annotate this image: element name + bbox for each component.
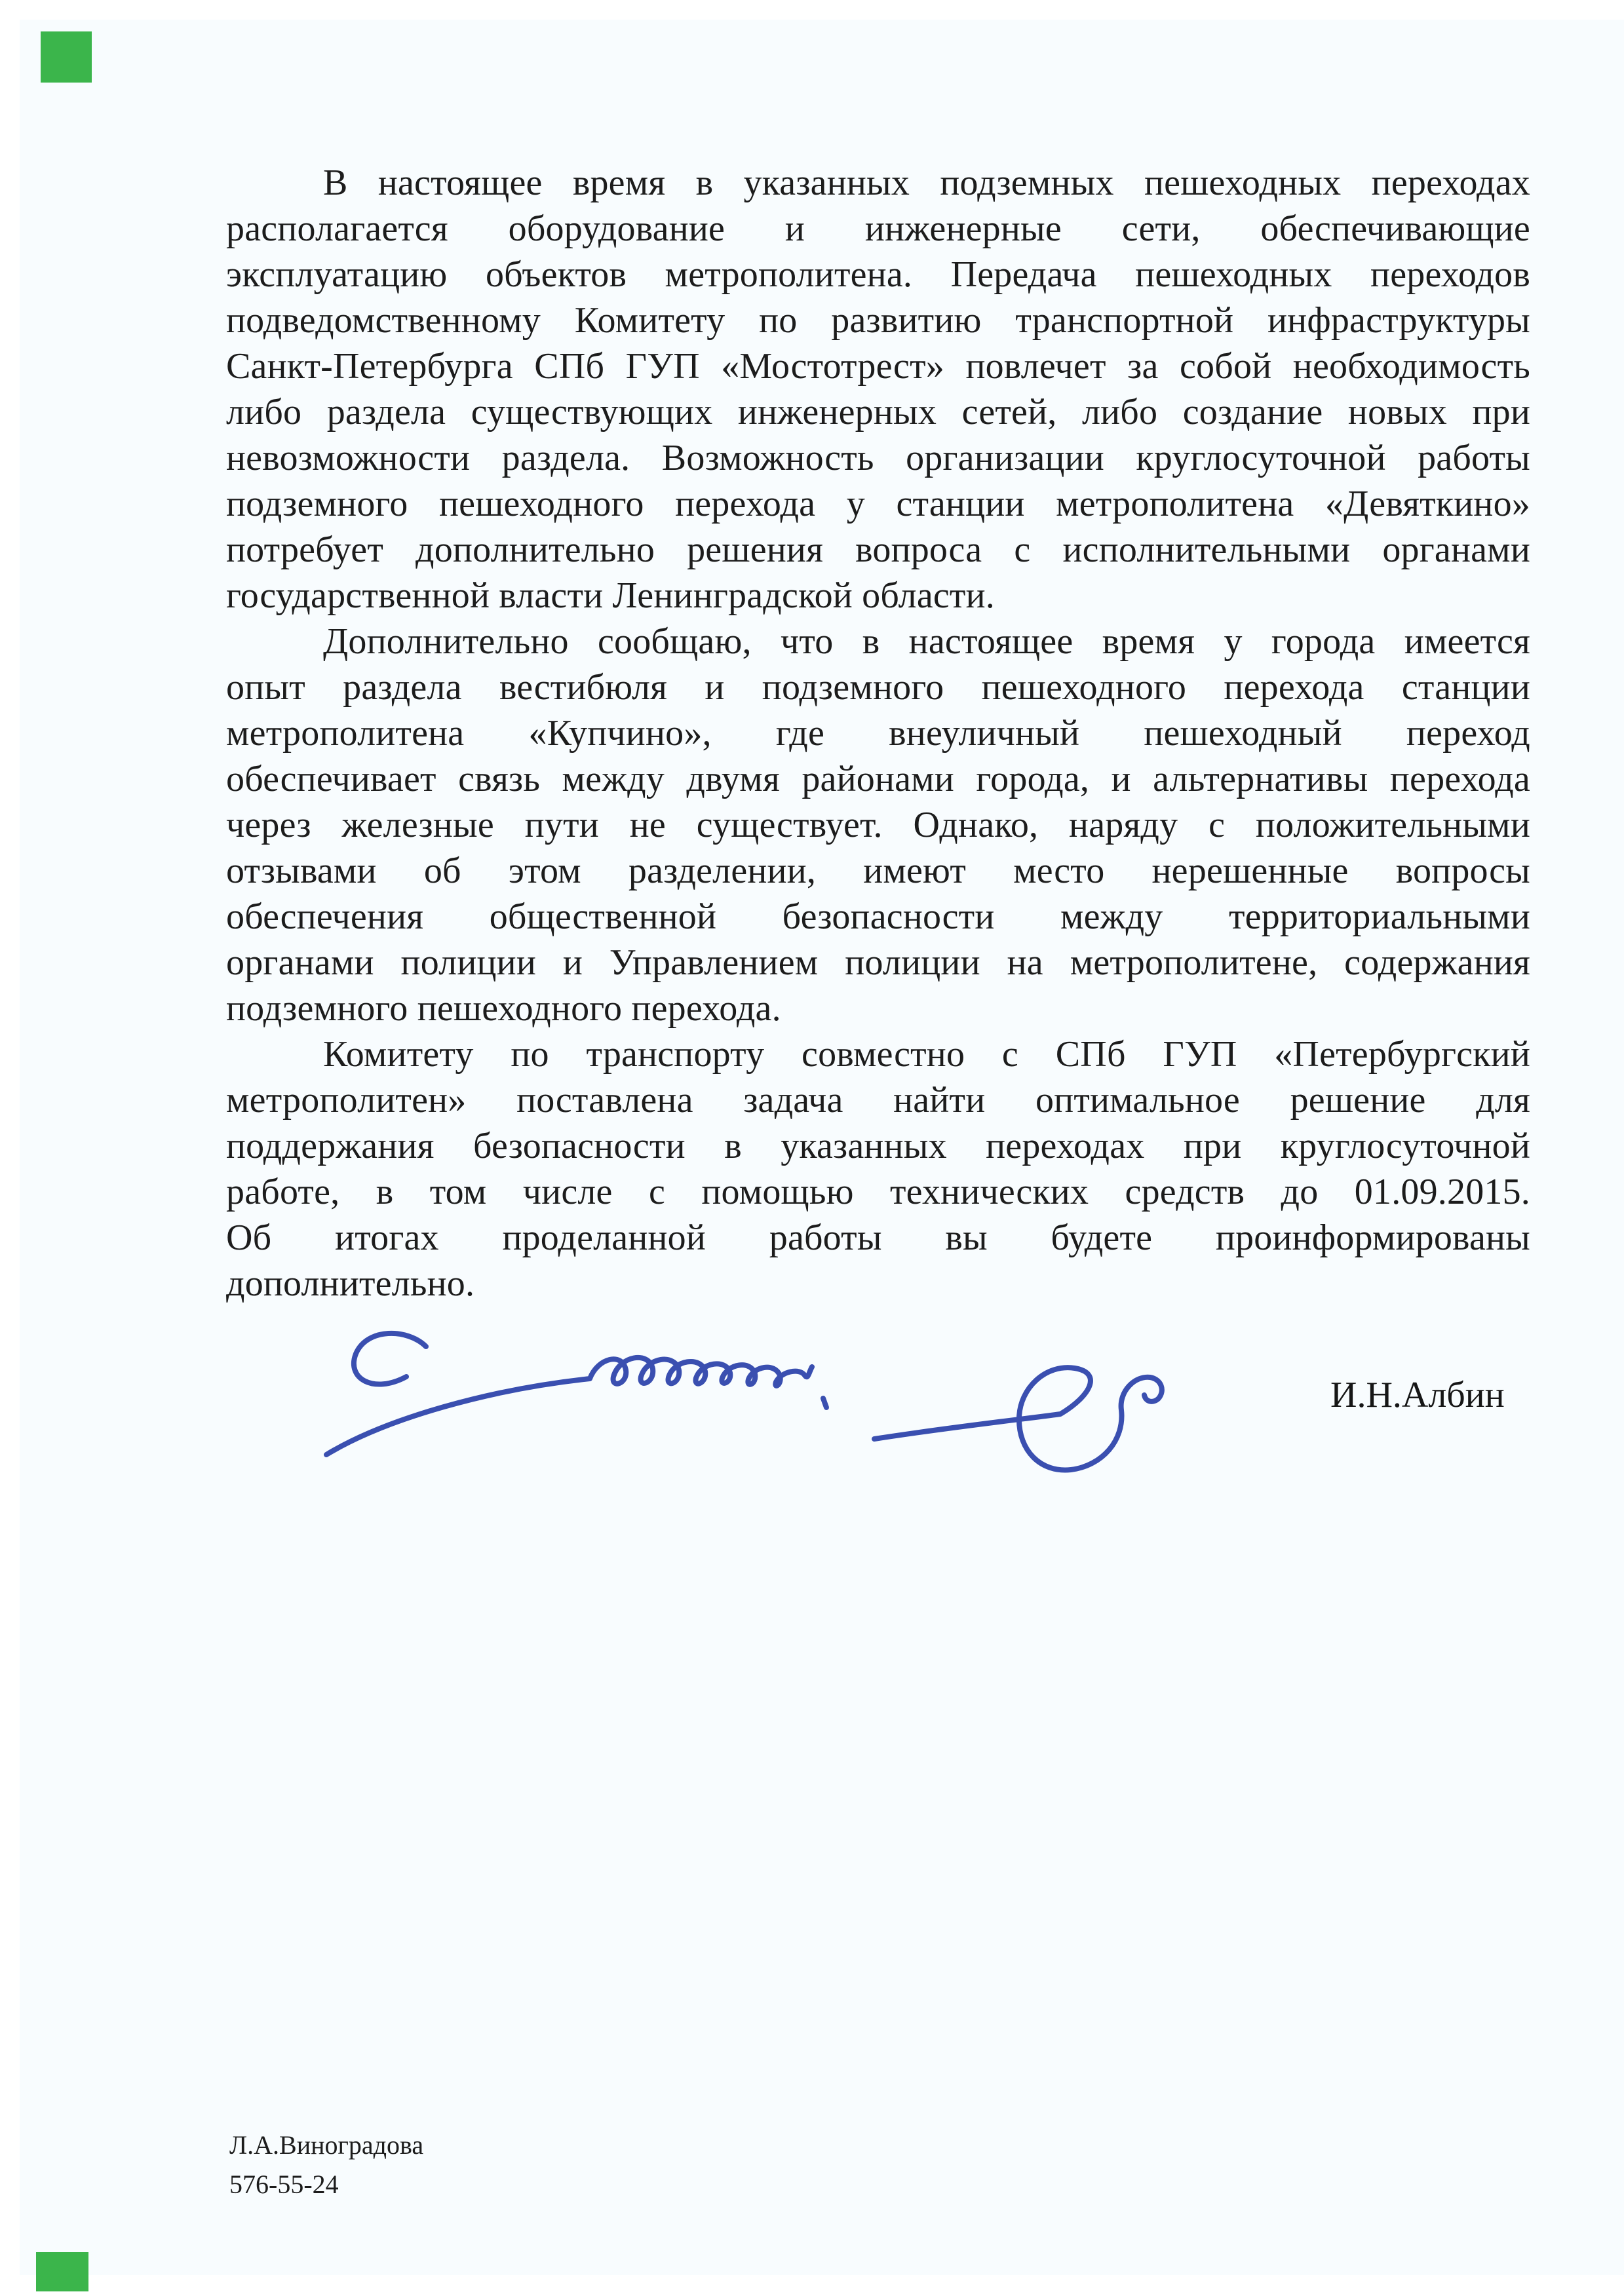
letter-line: В настоящее время в указанных подземных … [226,160,1530,206]
letter-line: располагается оборудование и инженерные … [226,206,1530,252]
paragraph-3: Комитету по транспорту совместно с СПб Г… [226,1031,1530,1307]
letter-line: обеспечения общественной безопасности ме… [226,894,1530,940]
letter-line: Комитету по транспорту совместно с СПб Г… [226,1031,1530,1077]
executor-phone: 576-55-24 [229,2165,423,2204]
signature-paraph [874,1368,1162,1470]
letter-line: метрополитен» поставлена задача найти оп… [226,1077,1530,1123]
letter-line: подземного пешеходного перехода у станци… [226,481,1530,527]
letter-line: поддержания безопасности в указанных пер… [226,1123,1530,1169]
scan-artifact-top-left [41,31,92,83]
letter-line: эксплуатацию объектов метрополитена. Пер… [226,252,1530,297]
paragraph-1: В настоящее время в указанных подземных … [226,160,1530,619]
letter-line: опыт раздела вестибюля и подземного пеше… [226,664,1530,710]
letter-line: отзывами об этом разделении, имеют место… [226,848,1530,894]
letter-line: Об итогах проделанной работы вы будете п… [226,1215,1530,1261]
signer-name: И.Н.Албин [1330,1375,1505,1415]
letter-line: обеспечивает связь между двумя районами … [226,756,1530,802]
letter-body: В настоящее время в указанных подземных … [226,160,1530,1307]
handwritten-signature [295,1311,1212,1501]
letter-line: дополнительно. [226,1261,1530,1307]
letter-line: подземного пешеходного перехода. [226,985,1530,1031]
letter-line: метрополитена «Купчино», где внеуличный … [226,710,1530,756]
letter-line: работе, в том числе с помощью технически… [226,1169,1530,1215]
letter-line: государственной власти Ленинградской обл… [226,573,1530,619]
letter-line: Дополнительно сообщаю, что в настоящее в… [226,619,1530,664]
letter-line: либо раздела существующих инженерных сет… [226,389,1530,435]
executor-name: Л.А.Виноградова [229,2126,423,2165]
letter-line: потребует дополнительно решения вопроса … [226,527,1530,573]
paragraph-2: Дополнительно сообщаю, что в настоящее в… [226,619,1530,1031]
letter-line: органами полиции и Управлением полиции н… [226,940,1530,985]
signature-s-uvazheniem [326,1333,826,1455]
letter-line: невозможности раздела. Возможность орган… [226,435,1530,481]
executor-block: Л.А.Виноградова 576-55-24 [229,2126,423,2204]
scanned-letter-page: В настоящее время в указанных подземных … [0,0,1624,2296]
scan-artifact-bottom-left [36,2252,88,2291]
letter-line: подведомственному Комитету по развитию т… [226,297,1530,343]
letter-line: Санкт-Петербурга СПб ГУП «Мостотрест» по… [226,343,1530,389]
letter-line: через железные пути не существует. Однак… [226,802,1530,848]
